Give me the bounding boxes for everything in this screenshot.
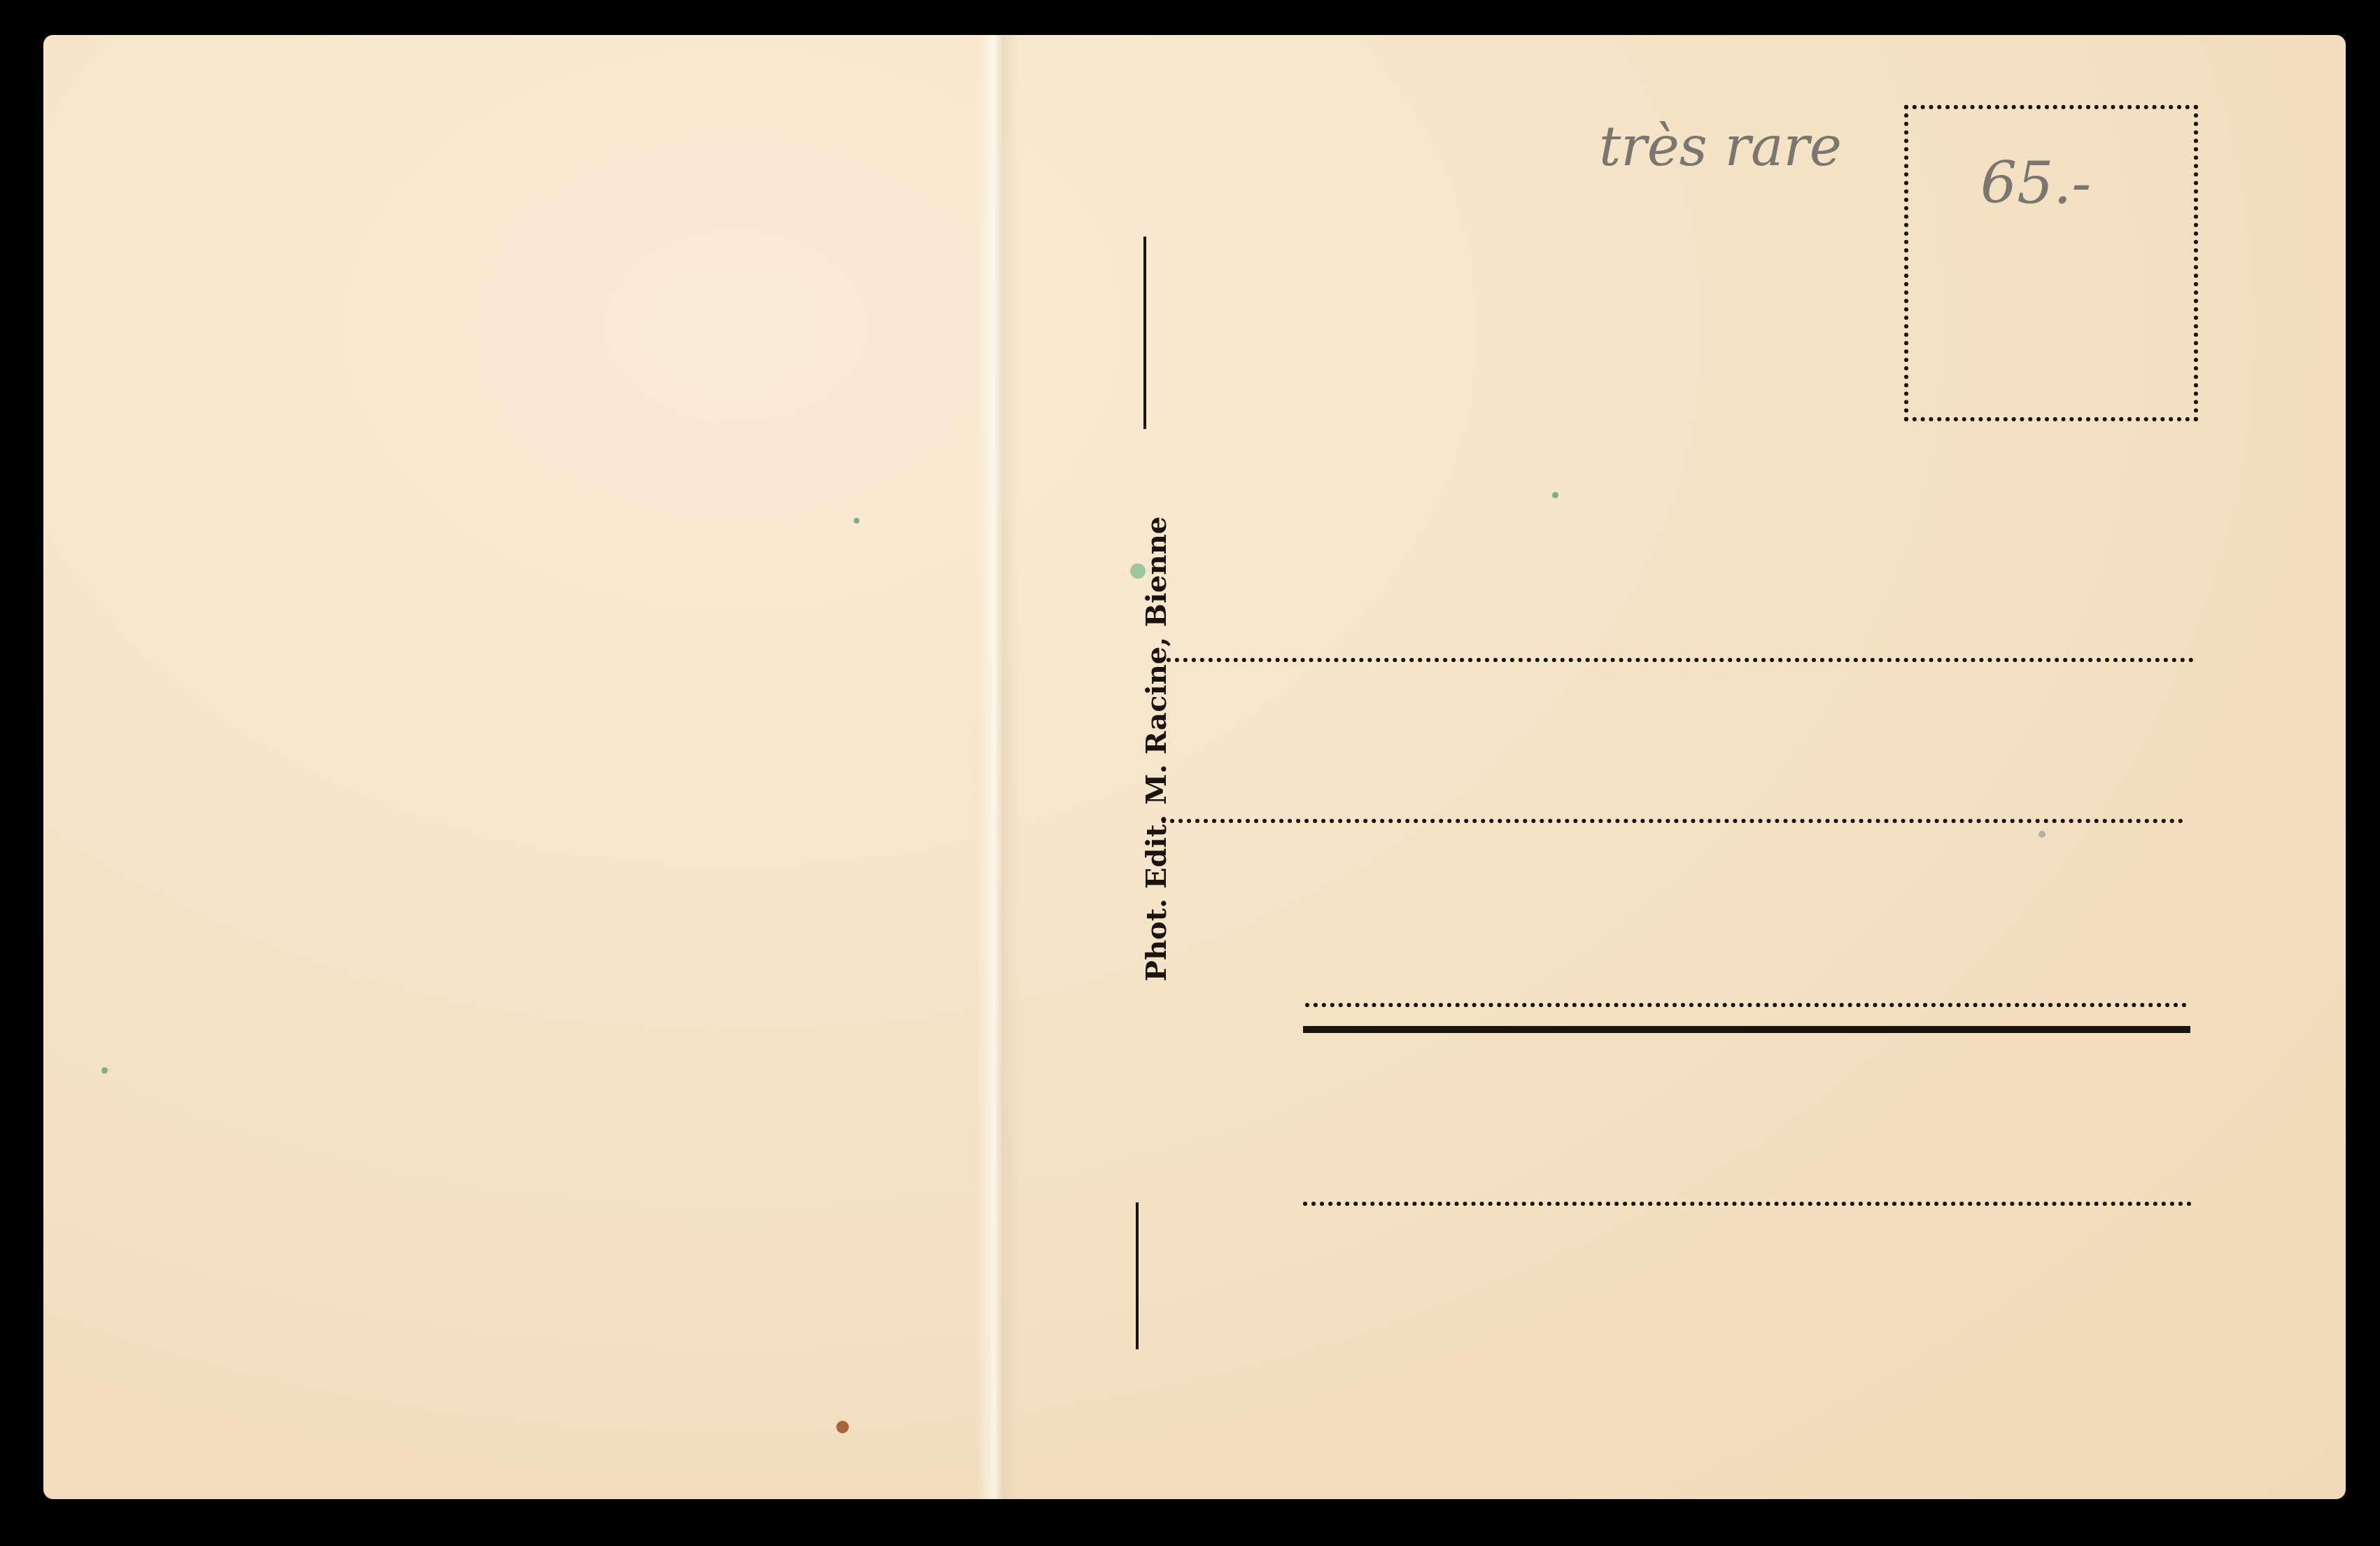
address-line-2 xyxy=(1162,819,2183,823)
center-divider-top xyxy=(1143,237,1146,429)
foxing-spot xyxy=(1130,563,1146,579)
publisher-credit: Phot. Edit. M. Racine, Bienne xyxy=(1140,516,1173,981)
foxing-spot xyxy=(2039,831,2045,838)
address-line-3 xyxy=(1305,1003,2187,1007)
address-line-1 xyxy=(1158,658,2194,662)
address-line-4 xyxy=(1303,1202,2192,1206)
foxing-spot xyxy=(854,518,859,523)
stamp-box xyxy=(1904,105,2198,421)
address-solid-line xyxy=(1303,1026,2190,1033)
foxing-spot xyxy=(101,1067,108,1074)
foxing-spot xyxy=(836,1421,849,1433)
center-divider-bottom xyxy=(1136,1202,1139,1349)
fold-crease xyxy=(978,35,1020,1499)
foxing-spot xyxy=(1552,492,1558,498)
handwritten-note: très rare xyxy=(1599,115,1842,178)
